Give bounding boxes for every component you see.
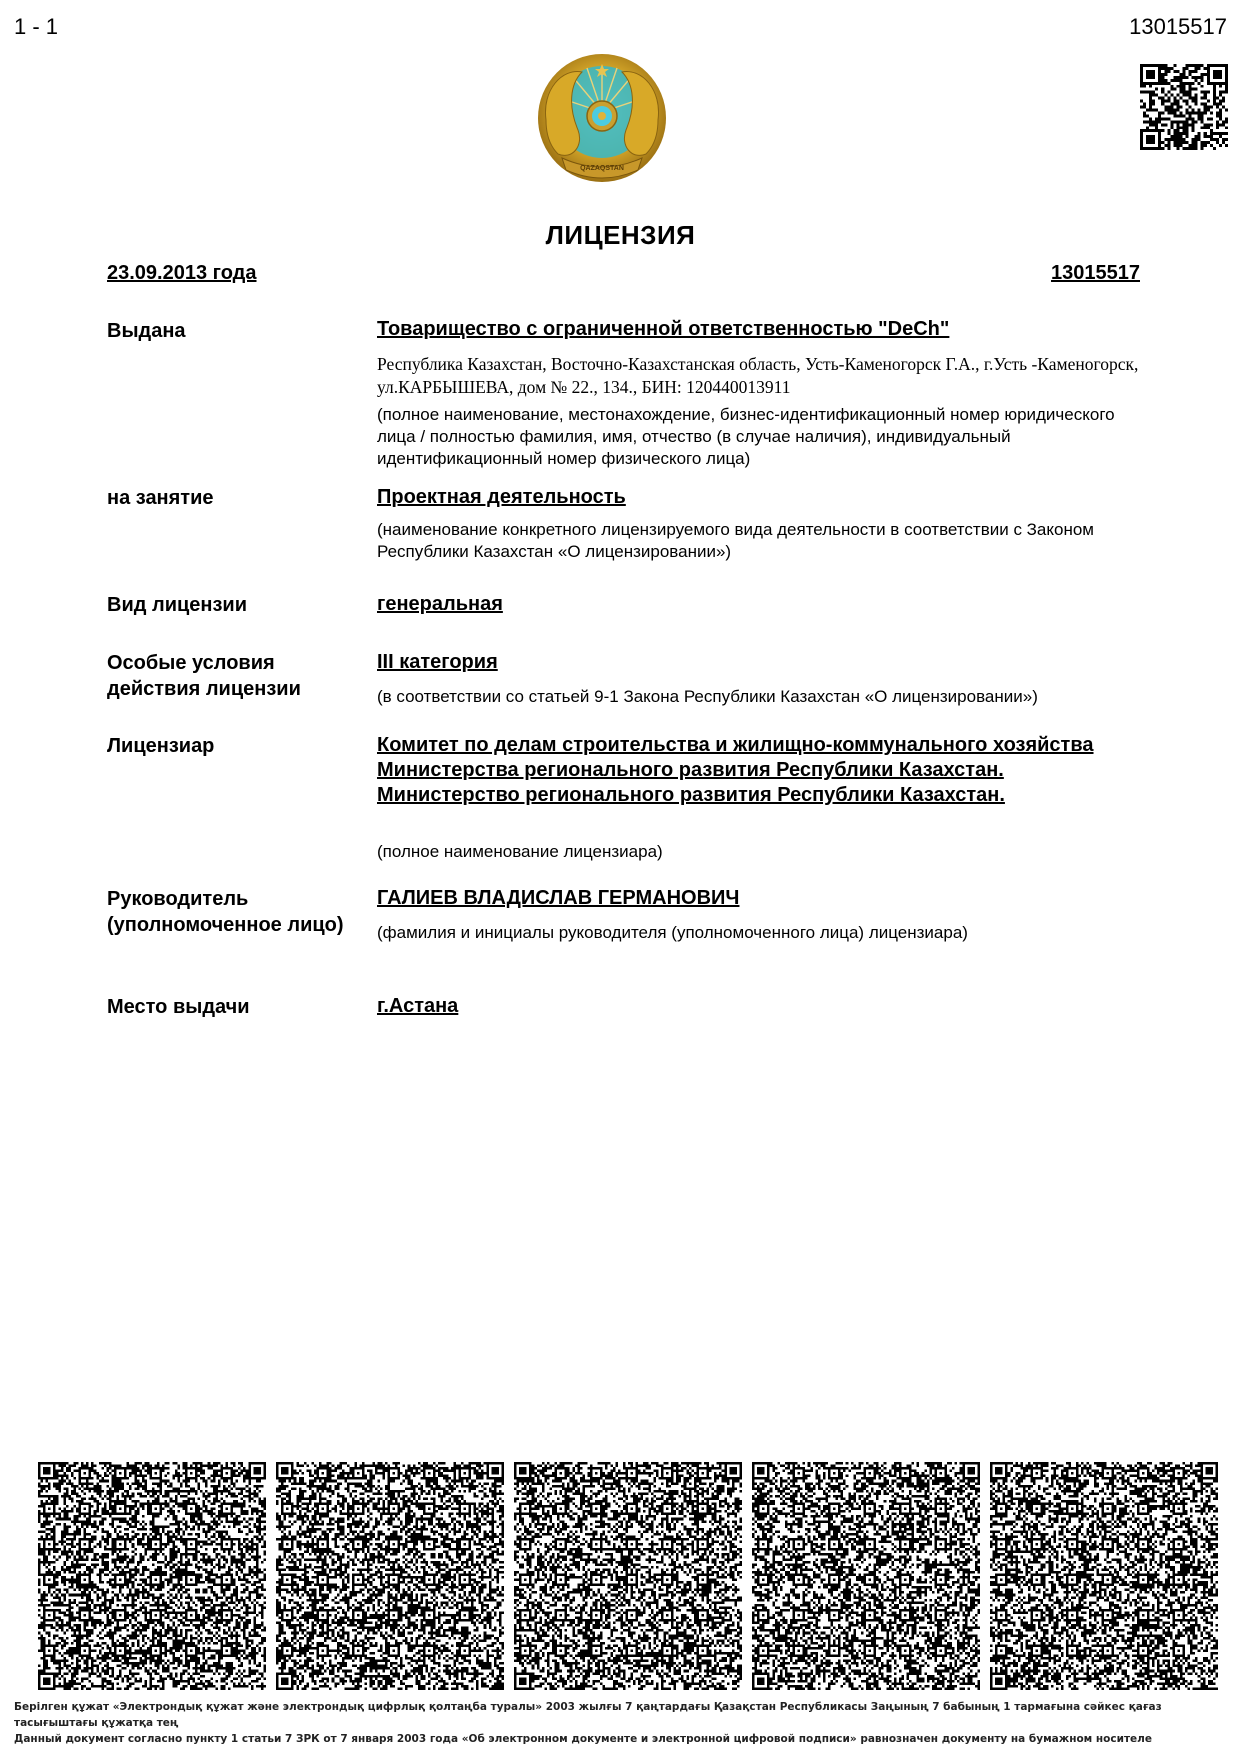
head-value: ГАЛИЕВ ВЛАДИСЛАВ ГЕРМАНОВИЧ [377, 886, 1137, 911]
head-label-line2: (уполномоченное лицо) [107, 912, 344, 938]
activity-note: (наименование конкретного лицензируемого… [377, 519, 1137, 563]
licensor-label: Лицензиар [107, 733, 214, 759]
licensor-note: (полное наименование лицензиара) [377, 841, 1137, 863]
issued-to-address: Республика Казахстан, Восточно-Казахстан… [377, 353, 1147, 399]
footer-line-ru: Данный документ согласно пункту 1 статьи… [14, 1731, 1241, 1747]
issue-date: 23.09.2013 года [107, 262, 257, 285]
issued-to-label: Выдана [107, 318, 186, 344]
special-conditions-label-line1: Особые условия [107, 650, 301, 676]
qr-code-icon [990, 1462, 1218, 1690]
special-conditions-note: (в соответствии со статьей 9-1 Закона Ре… [377, 686, 1137, 708]
qr-code-icon [1140, 64, 1228, 150]
place-of-issue-value: г.Астана [377, 994, 1137, 1019]
head-note: (фамилия и инициалы руководителя (уполно… [377, 922, 1137, 944]
state-emblem-icon: QAZAQSTAN [532, 50, 672, 190]
svg-text:QAZAQSTAN: QAZAQSTAN [580, 165, 624, 172]
license-number: 13015517 [1051, 262, 1140, 285]
qr-code-icon [276, 1462, 504, 1690]
special-conditions-label: Особые условия действия лицензии [107, 650, 301, 702]
special-conditions-label-line2: действия лицензии [107, 676, 301, 702]
qr-code-icon [38, 1462, 266, 1690]
activity-value: Проектная деятельность [377, 485, 1137, 510]
qr-code-icon [514, 1462, 742, 1690]
legal-footer: Берілген құжат «Электрондық құжат және э… [14, 1699, 1241, 1747]
issued-to-value: Товарищество с ограниченной ответственно… [377, 317, 1137, 342]
footer-line-kz: Берілген құжат «Электрондық құжат және э… [14, 1699, 1241, 1731]
qr-code-strip [38, 1462, 1218, 1690]
qr-code-icon [752, 1462, 980, 1690]
activity-label: на занятие [107, 485, 214, 511]
license-type-label: Вид лицензии [107, 592, 247, 618]
licensor-value: Комитет по делам строительства и жилищно… [377, 733, 1097, 808]
special-conditions-value: III категория [377, 650, 1137, 675]
license-type-value: генеральная [377, 592, 1137, 617]
head-label: Руководитель (уполномоченное лицо) [107, 886, 344, 938]
head-label-line1: Руководитель [107, 886, 344, 912]
place-of-issue-label: Место выдачи [107, 994, 250, 1020]
document-number-top: 13015517 [1129, 14, 1227, 40]
document-title: ЛИЦЕНЗИЯ [0, 220, 1241, 251]
issued-to-note: (полное наименование, местонахождение, б… [377, 404, 1137, 470]
page-index: 1 - 1 [14, 14, 58, 40]
